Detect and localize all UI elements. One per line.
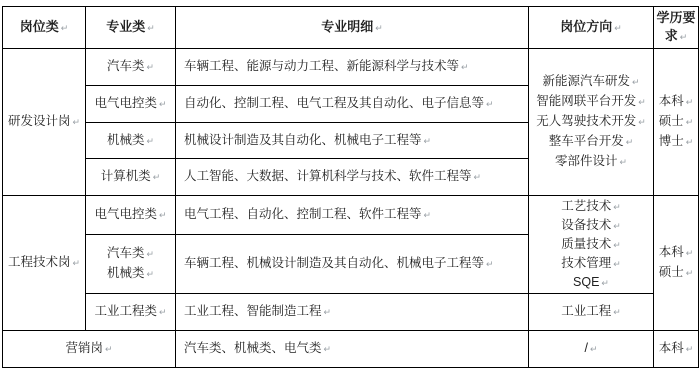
cell-position-group-rnd: 研发设计岗	[3, 49, 86, 196]
cell-major: 工业工程类	[86, 294, 176, 331]
table-row: 工程技术岗 电气电控类 电气工程、自动化、控制工程、软件工程等 工艺技术设备技术…	[3, 196, 699, 235]
cell-major: 电气电控类	[86, 86, 176, 123]
cell-major-detail: 自动化、控制工程、电气工程及其自动化、电子信息等	[176, 86, 529, 123]
job-positions-table: 岗位类 专业类 专业明细 岗位方向 学历要求 研发设计岗 汽车类 车辆工程、能源…	[2, 6, 699, 368]
cell-position-direction: 新能源汽车研发智能网联平台开发无人驾驶技术开发整车平台开发零部件设计	[529, 49, 654, 196]
cell-major: 汽车类	[86, 49, 176, 86]
table-row: 工业工程类 工业工程、智能制造工程 工业工程	[3, 294, 699, 331]
cell-major-detail: 工业工程、智能制造工程	[176, 294, 529, 331]
cell-major: 机械类	[86, 123, 176, 159]
header-position-direction: 岗位方向	[529, 7, 654, 49]
cell-major-detail: 车辆工程、机械设计制造及其自动化、机械电子工程等	[176, 234, 529, 293]
header-row: 岗位类 专业类 专业明细 岗位方向 学历要求	[3, 7, 699, 49]
cell-education: 本科硕士	[654, 196, 699, 331]
header-education-requirement: 学历要求	[654, 7, 699, 49]
header-major-detail: 专业明细	[176, 7, 529, 49]
cell-major-detail: 车辆工程、能源与动力工程、新能源科学与技术等	[176, 49, 529, 86]
cell-position-group-engineering: 工程技术岗	[3, 196, 86, 331]
cell-position-group-marketing: 营销岗	[3, 331, 176, 368]
cell-position-direction: 工业工程	[529, 294, 654, 331]
cell-major-detail: 人工智能、大数据、计算机科学与技术、软件工程等	[176, 159, 529, 196]
cell-major: 电气电控类	[86, 196, 176, 235]
table-row: 研发设计岗 汽车类 车辆工程、能源与动力工程、新能源科学与技术等 新能源汽车研发…	[3, 49, 699, 86]
cell-major: 汽车类机械类	[86, 234, 176, 293]
cell-education: 本科硕士博士	[654, 49, 699, 196]
cell-position-direction: 工艺技术设备技术质量技术技术管理SQE	[529, 196, 654, 294]
cell-major: 计算机类	[86, 159, 176, 196]
header-position-category: 岗位类	[3, 7, 86, 49]
header-major-category: 专业类	[86, 7, 176, 49]
cell-major-detail: 汽车类、机械类、电气类	[176, 331, 529, 368]
cell-education: 本科	[654, 331, 699, 368]
cell-major-detail: 机械设计制造及其自动化、机械电子工程等	[176, 123, 529, 159]
cell-major-detail: 电气工程、自动化、控制工程、软件工程等	[176, 196, 529, 235]
cell-position-direction: /	[529, 331, 654, 368]
table-row: 营销岗 汽车类、机械类、电气类 / 本科	[3, 331, 699, 368]
